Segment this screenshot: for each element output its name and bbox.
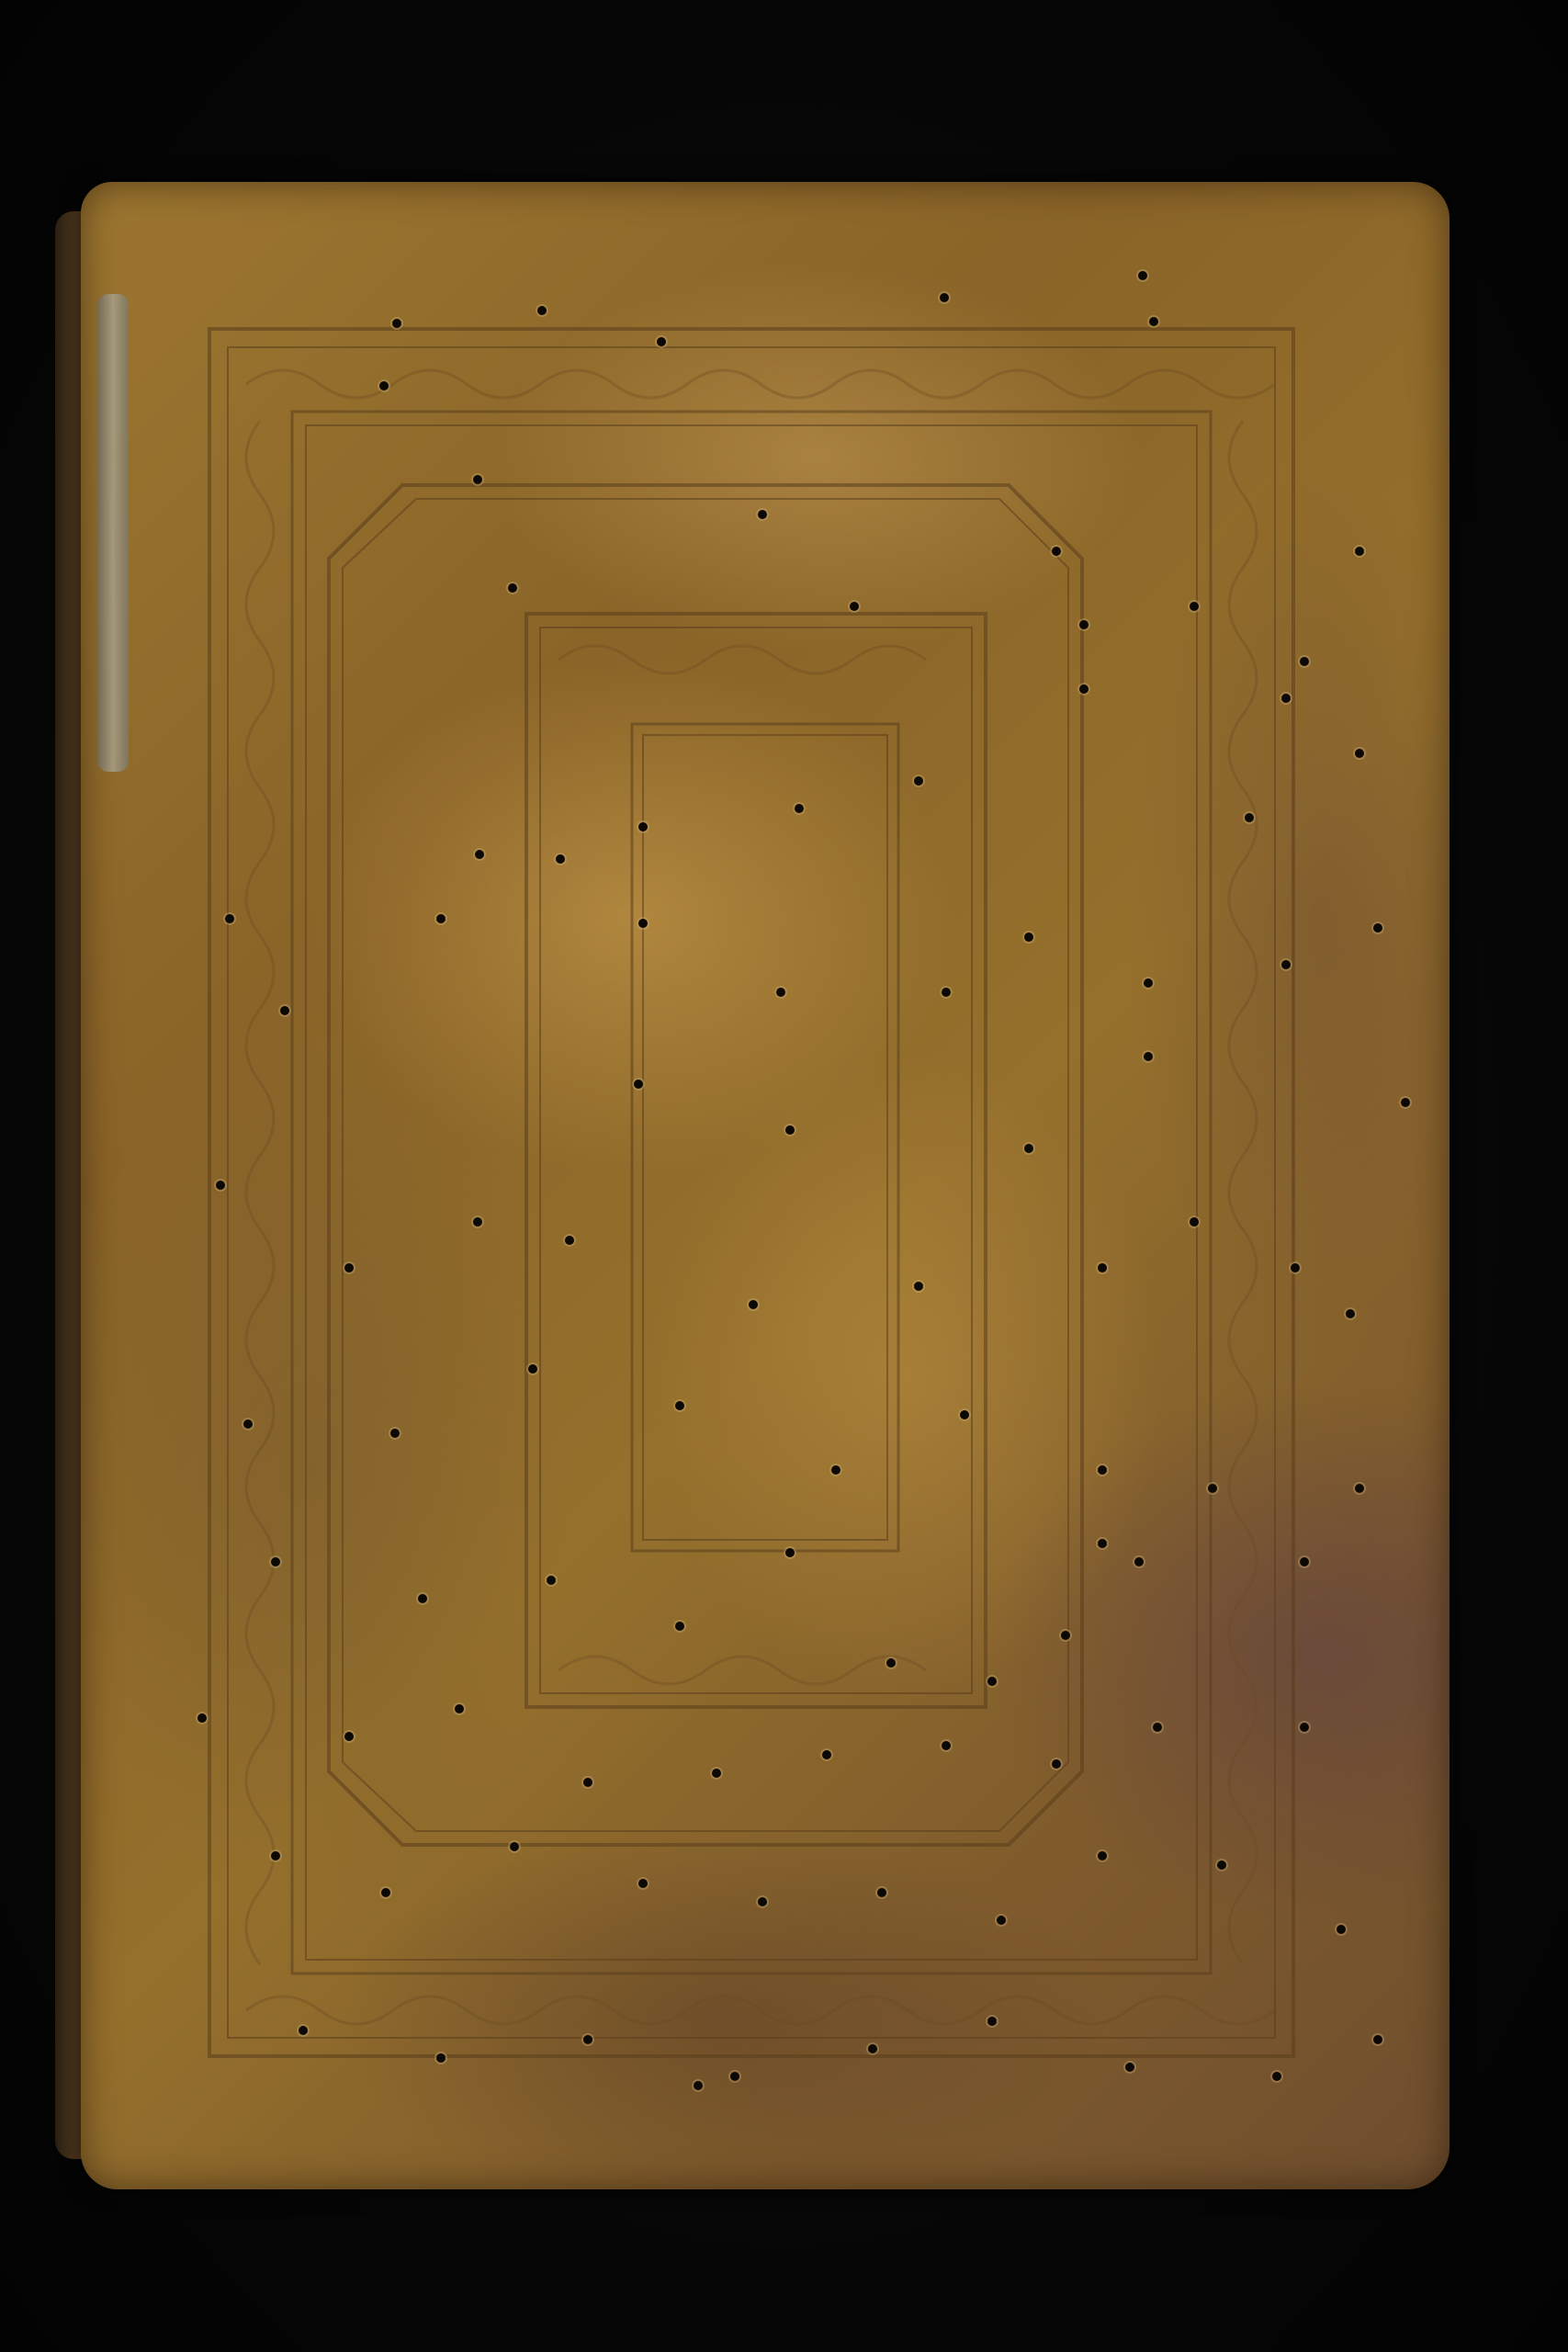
- worm-hole: [508, 583, 517, 593]
- worm-hole: [583, 2035, 592, 2044]
- worm-hole: [785, 1125, 795, 1135]
- worm-hole: [675, 1622, 684, 1631]
- worm-hole: [1355, 547, 1364, 556]
- worm-hole: [822, 1750, 831, 1759]
- worm-hole: [831, 1465, 840, 1475]
- worm-hole: [1245, 813, 1254, 822]
- worm-hole: [1024, 1144, 1033, 1153]
- worm-hole: [216, 1181, 225, 1190]
- worm-hole: [1190, 1217, 1199, 1227]
- worm-hole: [1300, 1557, 1309, 1566]
- worm-hole: [868, 2044, 877, 2053]
- left-floral-roll: [246, 421, 274, 1964]
- worm-hole: [657, 337, 666, 346]
- worm-hole: [1281, 694, 1291, 703]
- worm-hole: [776, 988, 785, 997]
- worm-hole: [1144, 978, 1153, 988]
- worm-hole: [1300, 657, 1309, 666]
- worm-hole: [758, 510, 767, 519]
- worm-hole: [914, 776, 923, 786]
- worm-hole: [1401, 1098, 1410, 1107]
- worm-hole: [528, 1364, 537, 1374]
- worm-hole: [418, 1594, 427, 1603]
- worm-hole: [390, 1429, 400, 1438]
- right-floral-roll: [1229, 421, 1257, 1964]
- worm-hole: [634, 1080, 643, 1089]
- worm-hole: [1052, 1759, 1061, 1769]
- worm-hole: [436, 914, 446, 923]
- top-floral-roll: [246, 370, 1275, 398]
- worm-hole: [758, 1897, 767, 1906]
- worm-hole: [392, 319, 401, 328]
- worm-hole: [1291, 1263, 1300, 1272]
- worm-hole: [1079, 684, 1089, 694]
- worm-hole: [1190, 602, 1199, 611]
- worm-hole: [1355, 749, 1364, 758]
- worm-hole: [1337, 1925, 1346, 1934]
- blind-tooled-frames: [81, 182, 1450, 2189]
- worm-hole: [675, 1401, 684, 1410]
- worm-hole: [1217, 1860, 1226, 1870]
- worm-hole: [475, 850, 484, 859]
- worm-hole: [1149, 317, 1158, 326]
- worm-hole: [1208, 1484, 1217, 1493]
- worm-hole: [243, 1419, 253, 1429]
- worm-hole: [1281, 960, 1291, 969]
- worm-hole: [914, 1282, 923, 1291]
- worm-hole: [565, 1236, 574, 1245]
- worm-hole: [638, 919, 648, 928]
- worm-hole: [1098, 1263, 1107, 1272]
- worm-hole: [473, 475, 482, 484]
- worm-hole: [694, 2081, 703, 2090]
- worm-hole: [795, 804, 804, 813]
- worm-hole: [1272, 2072, 1281, 2081]
- worm-hole: [987, 1677, 997, 1686]
- worm-hole: [379, 381, 389, 390]
- worm-hole: [271, 1851, 280, 1860]
- worm-hole: [850, 602, 859, 611]
- bottom-floral-roll: [246, 1996, 1275, 2024]
- worm-hole: [712, 1769, 721, 1778]
- worm-hole: [344, 1263, 354, 1272]
- worm-hole: [1355, 1484, 1364, 1493]
- worm-hole: [1098, 1539, 1107, 1548]
- worm-hole: [1300, 1723, 1309, 1732]
- worm-hole: [271, 1557, 280, 1566]
- worm-hole: [987, 2017, 997, 2026]
- worm-hole: [785, 1548, 795, 1557]
- worm-hole: [1125, 2063, 1134, 2072]
- worm-hole: [1134, 1557, 1144, 1566]
- worm-hole: [1144, 1052, 1153, 1061]
- worm-hole: [1079, 620, 1089, 629]
- worm-hole: [1098, 1851, 1107, 1860]
- worm-hole: [299, 2026, 308, 2035]
- worm-hole: [1346, 1309, 1355, 1318]
- worm-hole: [960, 1410, 969, 1419]
- worm-hole: [1052, 547, 1061, 556]
- worm-hole: [556, 854, 565, 864]
- worm-hole: [1098, 1465, 1107, 1475]
- worm-hole: [381, 1888, 390, 1897]
- worm-hole: [1373, 923, 1382, 933]
- worm-hole: [280, 1006, 289, 1015]
- worm-hole: [638, 1879, 648, 1888]
- worm-hole: [1373, 2035, 1382, 2044]
- worm-hole: [197, 1713, 207, 1723]
- worm-hole: [997, 1916, 1006, 1925]
- worm-hole: [344, 1732, 354, 1741]
- worm-hole: [942, 1741, 951, 1750]
- worm-hole: [877, 1888, 886, 1897]
- worm-hole: [1024, 933, 1033, 942]
- worm-hole: [1061, 1631, 1070, 1640]
- worm-hole: [942, 988, 951, 997]
- worm-hole: [473, 1217, 482, 1227]
- worm-hole: [436, 2053, 446, 2063]
- worm-hole: [886, 1658, 896, 1668]
- worm-hole: [749, 1300, 758, 1309]
- worm-hole: [547, 1576, 556, 1585]
- worm-hole: [1138, 271, 1147, 280]
- outer-border-line: [209, 329, 1293, 2056]
- worm-hole: [638, 822, 648, 831]
- worm-hole: [455, 1704, 464, 1713]
- worm-hole: [730, 2072, 739, 2081]
- worm-hole: [1153, 1723, 1162, 1732]
- panel-frame: [329, 485, 1082, 1845]
- innermost-panel: [632, 724, 898, 1551]
- worm-hole: [537, 306, 547, 315]
- worm-hole: [510, 1842, 519, 1851]
- worm-hole: [583, 1778, 592, 1787]
- worm-hole: [940, 293, 949, 302]
- worm-hole: [225, 914, 234, 923]
